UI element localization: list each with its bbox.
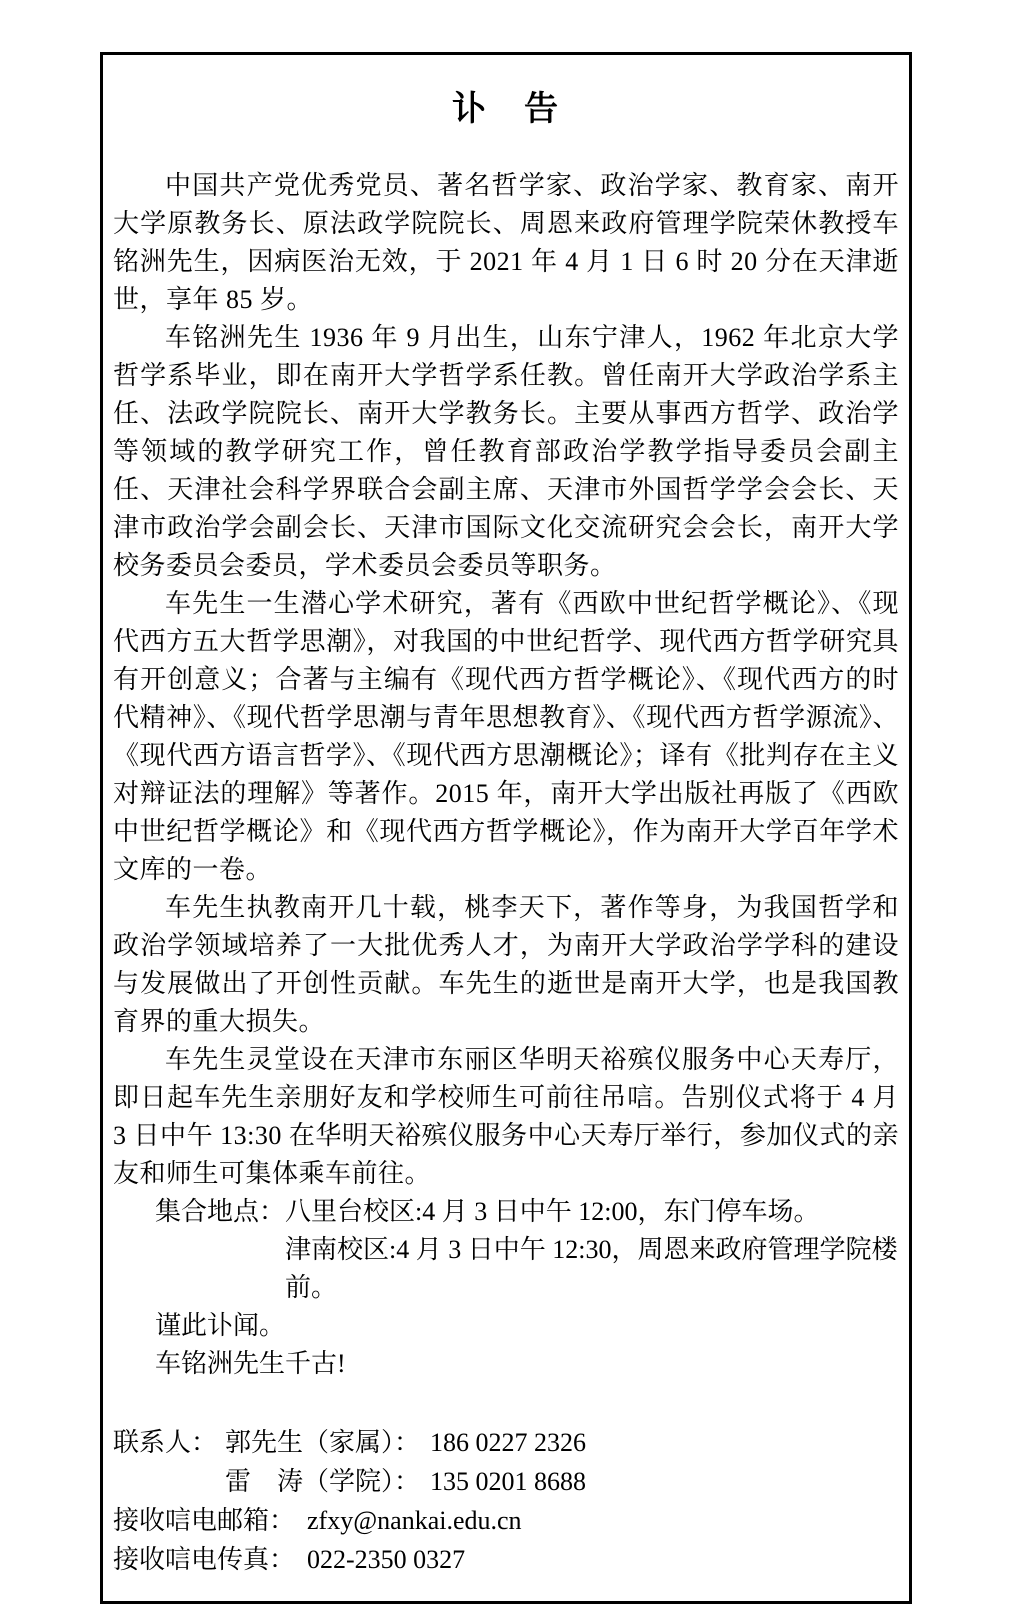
contact-label-spacer: [113, 1462, 225, 1501]
condolence-email-label: 接收唁电邮箱：: [113, 1501, 295, 1540]
paragraph-biography: 车铭洲先生 1936 年 9 月出生，山东宁津人，1962 年北京大学哲学系毕业…: [113, 319, 899, 585]
paragraph-contributions: 车先生执教南开几十载，桃李天下，著作等身，为我国哲学和政治学领域培养了一大批优秀…: [113, 889, 899, 1041]
paragraph-memorial-arrangements: 车先生灵堂设在天津市东丽区华明天裕殡仪服务中心天寿厅，即日起车先生亲朋好友和学校…: [113, 1041, 899, 1193]
contact-persons-label: 联系人：: [113, 1423, 225, 1462]
notice-body: 中国共产党优秀党员、著名哲学家、政治学家、教育家、南开大学原教务长、原法政学院院…: [113, 167, 899, 1193]
contact-row-email: 接收唁电邮箱： zfxy@nankai.edu.cn: [113, 1501, 899, 1540]
contact-row-family: 联系人： 郭先生（家属）： 186 0227 2326: [113, 1423, 899, 1462]
assembly-point-block: 集合地点： 八里台校区:4 月 3 日中午 12:00，东门停车场。 津南校区:…: [155, 1193, 899, 1307]
notice-title: 讣 告: [113, 89, 899, 131]
condolence-fax-number: 022-2350 0327: [307, 1540, 465, 1579]
contact-info-block: 联系人： 郭先生（家属）： 186 0227 2326 雷 涛（学院）： 135…: [113, 1423, 899, 1579]
contact-name-college: 雷 涛（学院）：: [225, 1462, 420, 1501]
contact-name-family: 郭先生（家属）：: [225, 1423, 420, 1462]
assembly-location-balitai: 八里台校区:4 月 3 日中午 12:00，东门停车场。: [285, 1193, 899, 1231]
paragraph-academic-works: 车先生一生潜心学术研究，著有《西欧中世纪哲学概论》、《现代西方五大哲学思潮》，对…: [113, 585, 899, 889]
closing-line-eternal: 车铭洲先生千古!: [113, 1345, 899, 1383]
contact-phone-family: 186 0227 2326: [430, 1423, 586, 1462]
assembly-location-jinnan: 津南校区:4 月 3 日中午 12:30，周恩来政府管理学院楼前。: [285, 1231, 899, 1307]
condolence-fax-label: 接收唁电传真：: [113, 1540, 295, 1579]
paragraph-death-announcement: 中国共产党优秀党员、著名哲学家、政治学家、教育家、南开大学原教务长、原法政学院院…: [113, 167, 899, 319]
condolence-email-address: zfxy@nankai.edu.cn: [307, 1501, 522, 1540]
assembly-point-locations: 八里台校区:4 月 3 日中午 12:00，东门停车场。 津南校区:4 月 3 …: [285, 1193, 899, 1307]
closing-line-respect: 谨此讣闻。: [113, 1307, 899, 1345]
contact-phone-college: 135 0201 8688: [430, 1462, 586, 1501]
obituary-notice-frame: 讣 告 中国共产党优秀党员、著名哲学家、政治学家、教育家、南开大学原教务长、原法…: [100, 52, 912, 1604]
contact-row-college: 雷 涛（学院）： 135 0201 8688: [113, 1462, 899, 1501]
assembly-point-label: 集合地点：: [155, 1193, 285, 1307]
contact-row-fax: 接收唁电传真： 022-2350 0327: [113, 1540, 899, 1579]
